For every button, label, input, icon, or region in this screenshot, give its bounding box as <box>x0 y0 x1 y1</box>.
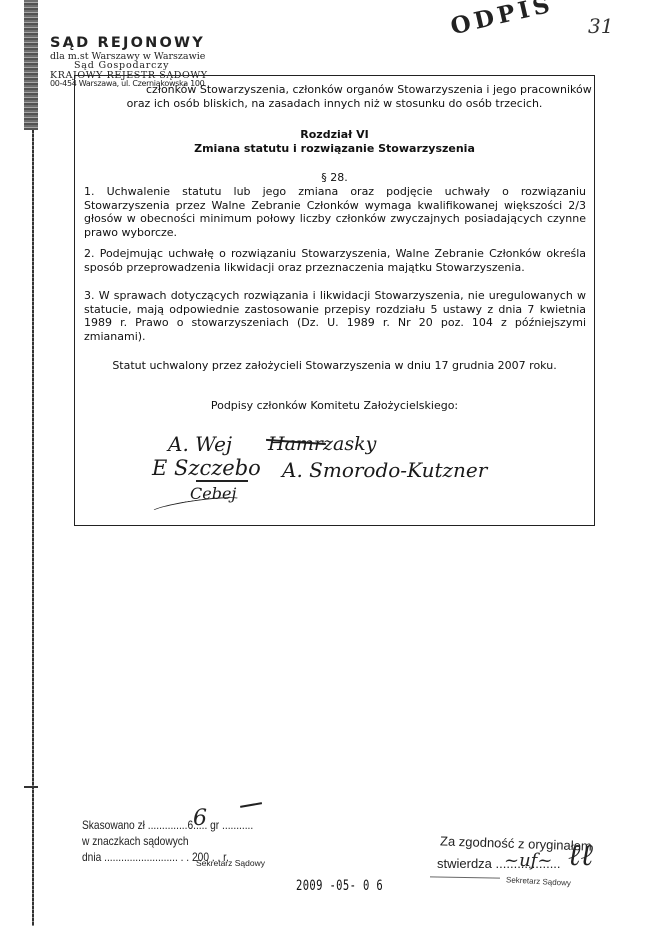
date-stamp: 2009 -05- 0 6 <box>296 878 383 894</box>
point-2: 2. Podejmując uchwałę o rozwiązaniu Stow… <box>84 247 586 274</box>
fee-stamp-stamps: w znaczkach sądowych <box>82 834 189 848</box>
signature-1: A. Wej <box>168 432 232 456</box>
court-stamp-title: SĄD REJONOWY <box>50 36 250 51</box>
fee-stamp-secretary: Sekretarz Sądowy <box>196 858 265 868</box>
fee-handwritten-dash <box>240 802 262 807</box>
signatures-label: Podpisy członków Komitetu Założycielskie… <box>74 399 595 413</box>
odpis-stamp: ODPIS <box>448 0 556 40</box>
scan-edge-artifact <box>24 0 38 130</box>
chapter-title: Zmiana statutu i rozwiązanie Stowarzysze… <box>74 142 595 156</box>
paragraph-sign: § 28. <box>74 171 595 185</box>
certification-signature-flourish: ℓℓ <box>568 838 593 873</box>
signature-3: E Szczebo <box>152 456 261 480</box>
signature-underline <box>196 480 248 482</box>
chapter-number: Rozdział VI <box>74 128 595 142</box>
point-3: 3. W sprawach dotyczących rozwiązania i … <box>84 289 586 343</box>
continued-text-line-2: oraz ich osób bliskich, na zasadach inny… <box>74 97 595 111</box>
scan-tick-mark <box>24 786 38 788</box>
page-number: 31 <box>588 14 613 38</box>
adoption-statement: Statut uchwalony przez założycieli Stowa… <box>74 359 595 373</box>
fee-handwritten-amount: 6 <box>193 806 207 831</box>
certification-underline <box>430 876 500 878</box>
certification-secretary: Sekretarz Sądowy <box>506 875 571 887</box>
scan-edge-line <box>32 130 34 926</box>
signature-2: Hamrzasky <box>268 433 376 455</box>
point-1: 1. Uchwalenie statutu lub jego zmiana or… <box>84 185 586 239</box>
signature-4: A. Smorodo-Kutzner <box>282 458 487 482</box>
continued-text-line-1: członków Stowarzyszenia, członków organó… <box>146 83 594 97</box>
fee-stamp-amount: Skasowano zł ..............6..... gr ...… <box>82 818 253 832</box>
certification-signature: ~uf~ <box>504 850 552 871</box>
